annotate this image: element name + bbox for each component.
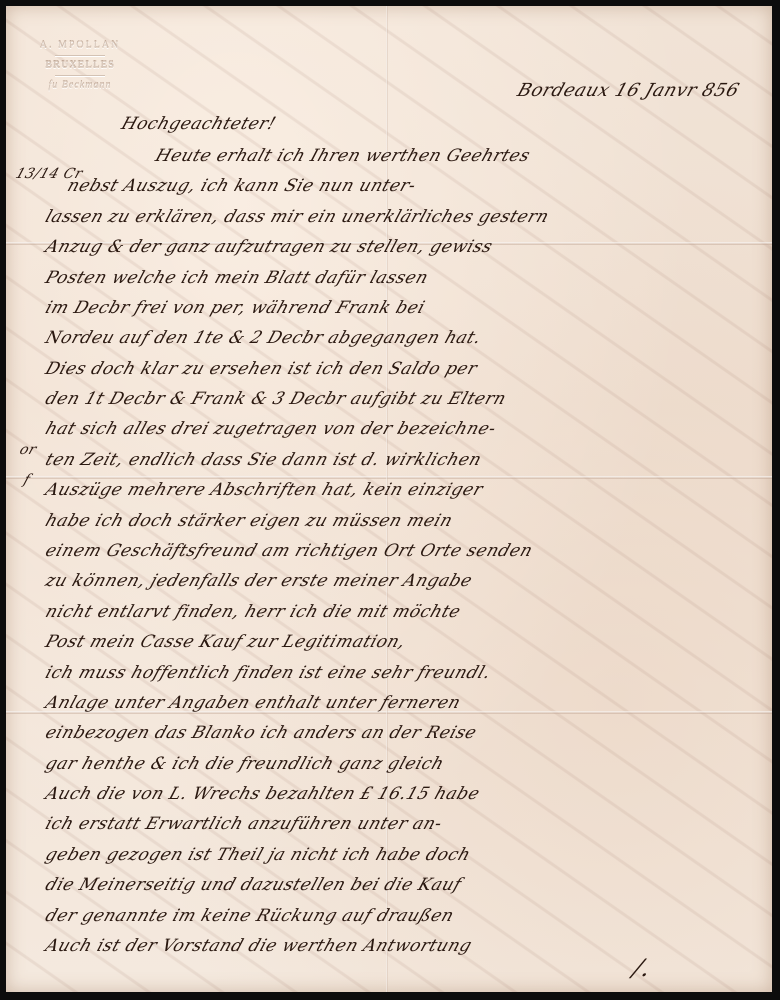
letter-line: im Decbr frei von per, während Frank bei [43, 298, 428, 318]
letter-line: ich muss hoffentlich finden ist eine seh… [43, 663, 494, 683]
letter-line: Post mein Casse Kauf zur Legitimation, [43, 632, 408, 652]
letterhead-divider [55, 75, 105, 76]
letter-line: Heute erhalt ich Ihren werthen Geehrtes [153, 146, 533, 166]
letter-line: zu können, jedenfalls der erste meiner A… [43, 571, 475, 591]
embossed-letterhead: A. MPOLLAN BRUXELLES fu Beckmann [32, 40, 128, 91]
letter-line: Anzug & der ganz aufzutragen zu stellen,… [43, 237, 495, 257]
letter-line: Posten welche ich mein Blatt dafür lasse… [43, 268, 431, 288]
letter-line: die Meinerseitig und dazustellen bei die… [43, 875, 464, 895]
letter-sheet: A. MPOLLAN BRUXELLES fu Beckmann Bordeau… [6, 6, 772, 992]
letter-line: einem Geschäftsfreund am richtigen Ort O… [43, 541, 536, 561]
letter-line: den 1t Decbr & Frank & 3 Decbr aufgibt z… [43, 389, 509, 409]
letter-line: nicht entlarvt finden, herr ich die mit … [43, 602, 464, 622]
letter-line: ten Zeit, endlich dass Sie dann ist d. w… [43, 450, 484, 470]
letter-line: Auszüge mehrere Abschriften hat, kein ei… [43, 480, 486, 500]
dateline: Bordeaux 16 Janvr 856 [515, 80, 742, 101]
letterhead-divider [55, 55, 105, 56]
letter-line: hat sich alles drei zugetragen von der b… [43, 419, 499, 439]
fold-line [6, 476, 772, 479]
letter-line: geben gezogen ist Theil ja nicht ich hab… [43, 845, 473, 865]
letter-line: der genannte im keine Rückung auf drauße… [43, 906, 457, 926]
salutation: Hochgeachteter! [119, 114, 279, 134]
letter-line: Dies doch klar zu ersehen ist ich den Sa… [43, 359, 480, 379]
letter-line: Anlage unter Angaben enthalt unter ferne… [43, 693, 464, 713]
letter-line: Auch die von L. Wrechs bezahlten £ 16.15… [43, 784, 483, 804]
letterhead-name: A. MPOLLAN [32, 40, 128, 51]
letter-line: habe ich doch stärker eigen zu müssen me… [43, 511, 456, 531]
letter-line: lassen zu erklären, dass mir ein unerklä… [43, 207, 552, 227]
letterhead-sub: fu Beckmann [32, 80, 128, 91]
letter-line: ich erstatt Erwartlich anzuführen unter … [43, 814, 445, 834]
letter-line: Nordeu auf den 1te & 2 Decbr abgegangen … [43, 328, 484, 348]
letter-line: gar henthe & ich die freundlich ganz gle… [43, 754, 447, 774]
letter-line: Auch ist der Vorstand die werthen Antwor… [43, 936, 475, 956]
letterhead-city: BRUXELLES [32, 60, 128, 71]
letter-line: einbezogen das Blanko ich anders an der … [43, 723, 480, 743]
letter-line: nebst Auszug, ich kann Sie nun unter- [65, 176, 419, 196]
